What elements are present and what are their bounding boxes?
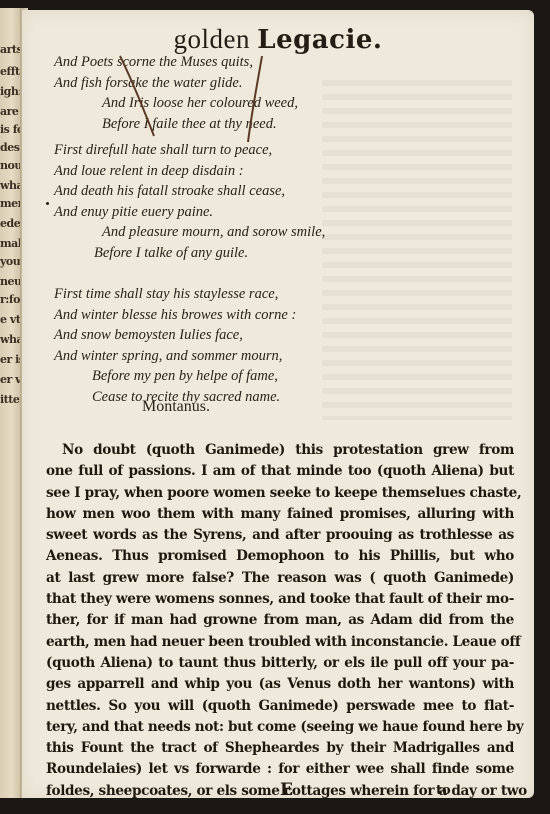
poem-line: And Poets scorne the Muses quits, — [54, 52, 298, 73]
facing-page-fragment: make — [0, 238, 20, 249]
prose-line: at last grew more false? The reason was … — [46, 568, 514, 589]
poem-line: First time shall stay his staylesse race… — [54, 284, 296, 305]
facing-page-fragment: r:fo — [0, 294, 20, 305]
running-title: golden Legacie. — [22, 24, 534, 55]
facing-page-fragment: what — [0, 334, 20, 345]
facing-page-fragment: efft. — [0, 66, 20, 77]
poem-line: First direfull hate shall turn to peace, — [54, 140, 325, 161]
facing-page-fragment: are — [0, 106, 20, 117]
poem-line: And winter spring, and sommer mourn, — [54, 346, 296, 367]
prose-line: one full of passions. I am of that minde… — [46, 461, 514, 482]
poem-line: Before I talke of any guile. — [54, 243, 325, 264]
poem-line: And death his fatall stroake shall cease… — [54, 181, 325, 202]
prose-line: (quoth Aliena) to taunt thus bitterly, o… — [46, 653, 514, 674]
prose-line: ther, for if man had growne from man, as… — [46, 610, 514, 631]
poem-line: And enuy pitie euery paine. — [54, 202, 325, 223]
prose-line: tery, and that needs not: but come (seei… — [46, 717, 514, 738]
poem-line: Before I faile thee at thy need. — [54, 114, 298, 135]
facing-page-edge: arts efft. igh: are is fo des nou- whai … — [0, 8, 20, 798]
facing-page-fragment: des — [0, 142, 20, 153]
prose-line: earth, men had neuer been troubled with … — [46, 632, 514, 653]
prose-line: see I pray, when poore women seeke to ke… — [46, 483, 514, 504]
facing-page-fragment: e vt- — [0, 314, 20, 325]
catchword: to — [436, 783, 451, 798]
show-through-text — [322, 80, 512, 420]
facing-page-fragment: whai — [0, 180, 20, 191]
prose-line: ges apparrell and whip you (as Venus dot… — [46, 674, 514, 695]
poem-line: Before my pen by helpe of fame, — [54, 366, 296, 387]
poem-line: And snow bemoysten Iulies face, — [54, 325, 296, 346]
prose-paragraph: No doubt (quoth Ganimede) this protestat… — [46, 440, 514, 802]
facing-page-fragment: is fo — [0, 124, 20, 135]
poem-stanza-1: And Poets scorne the Muses quits, And fi… — [54, 52, 298, 134]
poem-stanza-3: First time shall stay his staylesse race… — [54, 284, 296, 407]
margin-mark — [46, 202, 49, 205]
facing-page-fragment: your — [0, 256, 20, 267]
facing-page-fragment: er is — [0, 354, 20, 365]
running-title-part1: golden — [174, 24, 258, 54]
facing-page-fragment: ede) — [0, 218, 20, 229]
prose-line: nettles. So you will (quoth Ganimede) pe… — [46, 696, 514, 717]
prose-line: this Fount the tract of Shepheardes by t… — [46, 738, 514, 759]
facing-page-fragment: men: — [0, 198, 20, 209]
book-page: golden Legacie. And Poets scorne the Mus… — [22, 10, 534, 798]
prose-line: No doubt (quoth Ganimede) this protestat… — [46, 440, 514, 461]
prose-line: sweet words as the Syrens, and after pro… — [46, 525, 514, 546]
facing-page-fragment: igh: — [0, 86, 20, 97]
facing-page-fragment: er vs — [0, 374, 20, 385]
poem-line: And winter blesse his browes with corne … — [54, 305, 296, 326]
facing-page-fragment: neu — [0, 276, 20, 287]
facing-page-fragment: nou- — [0, 160, 20, 171]
poem-stanza-2: First direfull hate shall turn to peace,… — [54, 140, 325, 263]
poem-line: And loue relent in deep disdain : — [54, 161, 325, 182]
prose-line: how men woo them with many fained promis… — [46, 504, 514, 525]
poem-line: And Iris loose her coloured weed, — [54, 93, 298, 114]
running-title-part2: Legacie. — [257, 25, 382, 55]
facing-page-fragment: itten — [0, 394, 20, 405]
facing-page-fragment: arts — [0, 44, 20, 55]
prose-line: that they were womens sonnes, and tooke … — [46, 589, 514, 610]
poem-line: And fish forsake the water glide. — [54, 73, 298, 94]
poem-signature: Montanus. — [142, 398, 210, 416]
prose-line: Aeneas. Thus promised Demophoon to his P… — [46, 546, 514, 567]
prose-line: Roundelaies) let vs forwarde : for eithe… — [46, 759, 514, 780]
poem-line: And pleasure mourn, and sorow smile, — [54, 222, 325, 243]
signature-mark: E — [280, 780, 293, 800]
